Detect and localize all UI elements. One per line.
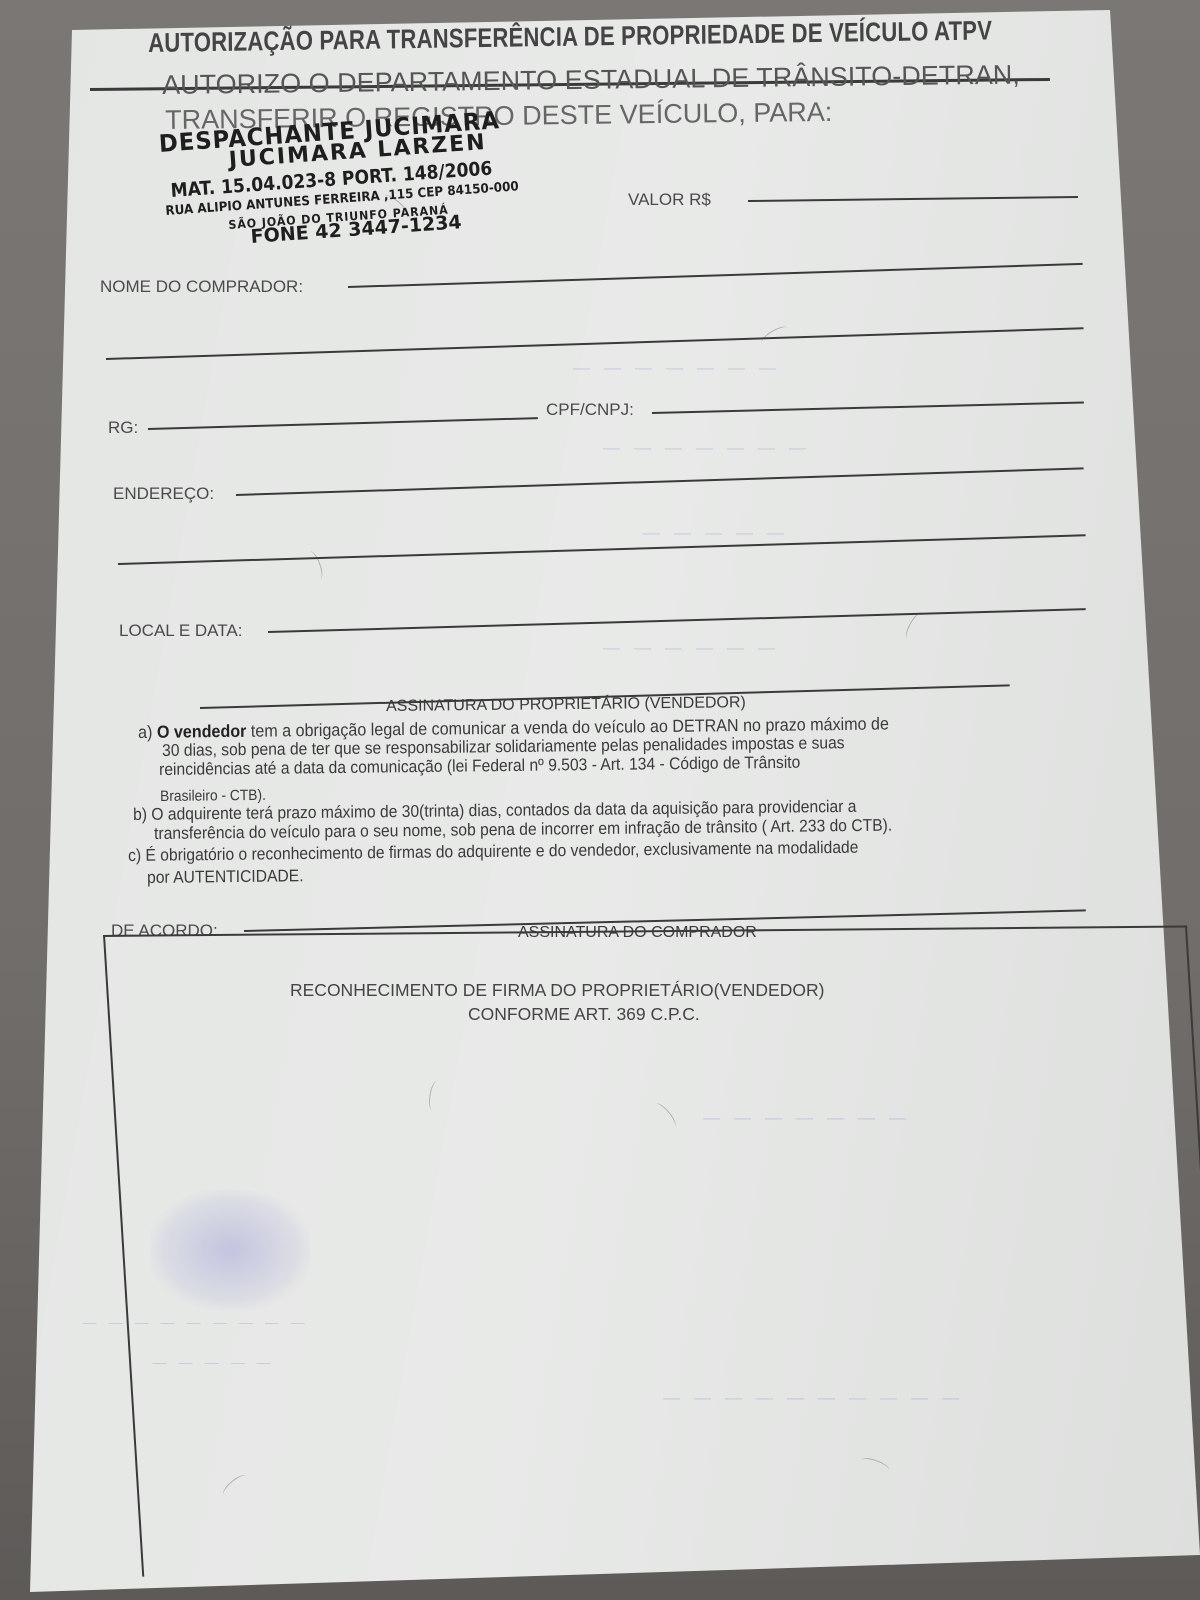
recognition-title-line2: CONFORME ART. 369 C.P.C. xyxy=(468,1004,700,1025)
nome-comprador-label: NOME DO COMPRADOR: xyxy=(100,277,303,297)
note-c-line2: por AUTENTICIDADE. xyxy=(147,866,304,888)
seller-signature-caption: ASSINATURA DO PROPRIETÁRIO (VENDEDOR) xyxy=(386,694,746,716)
rg-label: RG: xyxy=(108,418,138,438)
cpf-cnpj-label: CPF/CNPJ: xyxy=(546,400,634,420)
bleed-through-text: _ _ _ _ _ _ _ xyxy=(570,340,776,374)
local-data-label: LOCAL E DATA: xyxy=(119,621,242,641)
bleed-through-text: _ _ _ _ _ _ _ xyxy=(600,420,806,454)
bleed-through-text: _ _ _ _ _ xyxy=(640,505,784,539)
bleed-through-text: _ _ _ _ _ _ xyxy=(600,620,775,654)
endereco-label: ENDEREÇO: xyxy=(113,484,214,504)
note-a-bold: O vendedor xyxy=(157,721,247,742)
note-a-prefix: a) xyxy=(138,722,157,742)
note-a-line4: Brasileiro - CTB). xyxy=(160,787,266,805)
recognition-title-line1: RECONHECIMENTO DE FIRMA DO PROPRIETÁRIO(… xyxy=(290,980,824,1001)
valor-label: VALOR R$ xyxy=(628,190,711,210)
